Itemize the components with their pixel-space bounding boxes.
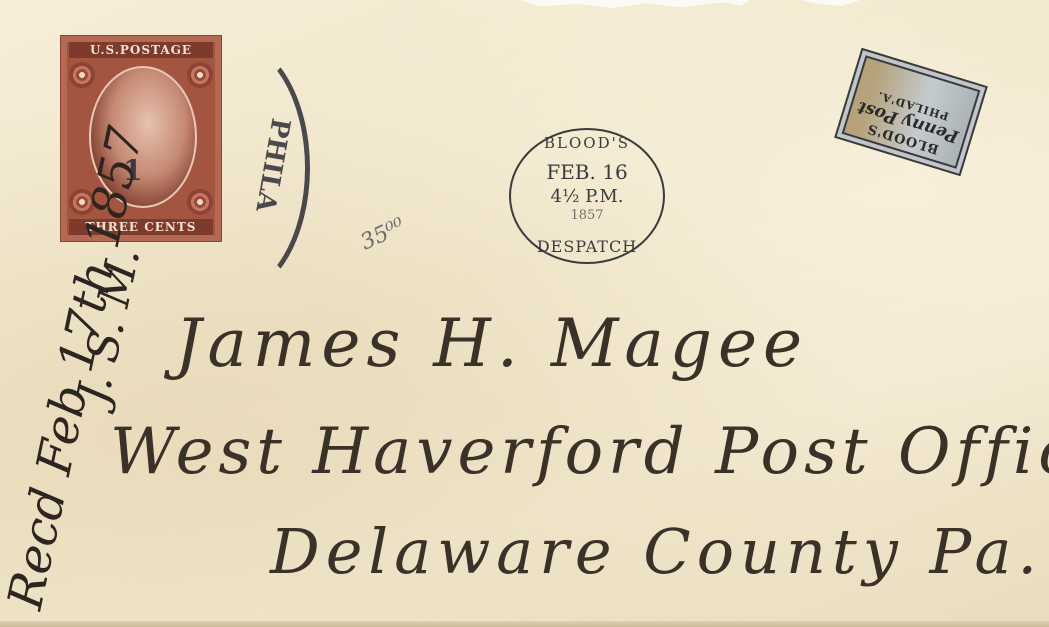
stamp-top-label: U.S.POSTAGE (69, 42, 213, 58)
postmark-date: FEB. 16 (511, 160, 663, 184)
bloods-penny-post-stamp: BLOOD'S Penny Post PHILAD'A. (834, 48, 988, 176)
address-line-name: James H. Magee (175, 305, 808, 382)
torn-edge (520, 0, 750, 8)
envelope: PHILA U.S.POSTAGE 1 THREE CENTS BLOOD'S … (0, 0, 1049, 627)
torn-edge (800, 0, 860, 6)
address-line-county: Delaware County Pa. (270, 515, 1043, 588)
postmark-time: 4½ P.M. (511, 186, 663, 207)
address-line-post-office: West Haverford Post Office (110, 415, 1049, 489)
postmark-bottom-arc: DESPATCH (511, 237, 663, 256)
rosette-icon (69, 62, 95, 88)
pencil-price-note: 35⁰⁰ (357, 214, 409, 256)
envelope-bottom-edge (0, 621, 1049, 627)
postmark-top-arc: BLOOD'S (511, 134, 663, 152)
rosette-icon (187, 189, 213, 215)
rosette-icon (187, 62, 213, 88)
bloods-despatch-postmark: BLOOD'S FEB. 16 4½ P.M. 1857 DESPATCH (509, 128, 665, 264)
postmark-year: 1857 (511, 208, 663, 223)
